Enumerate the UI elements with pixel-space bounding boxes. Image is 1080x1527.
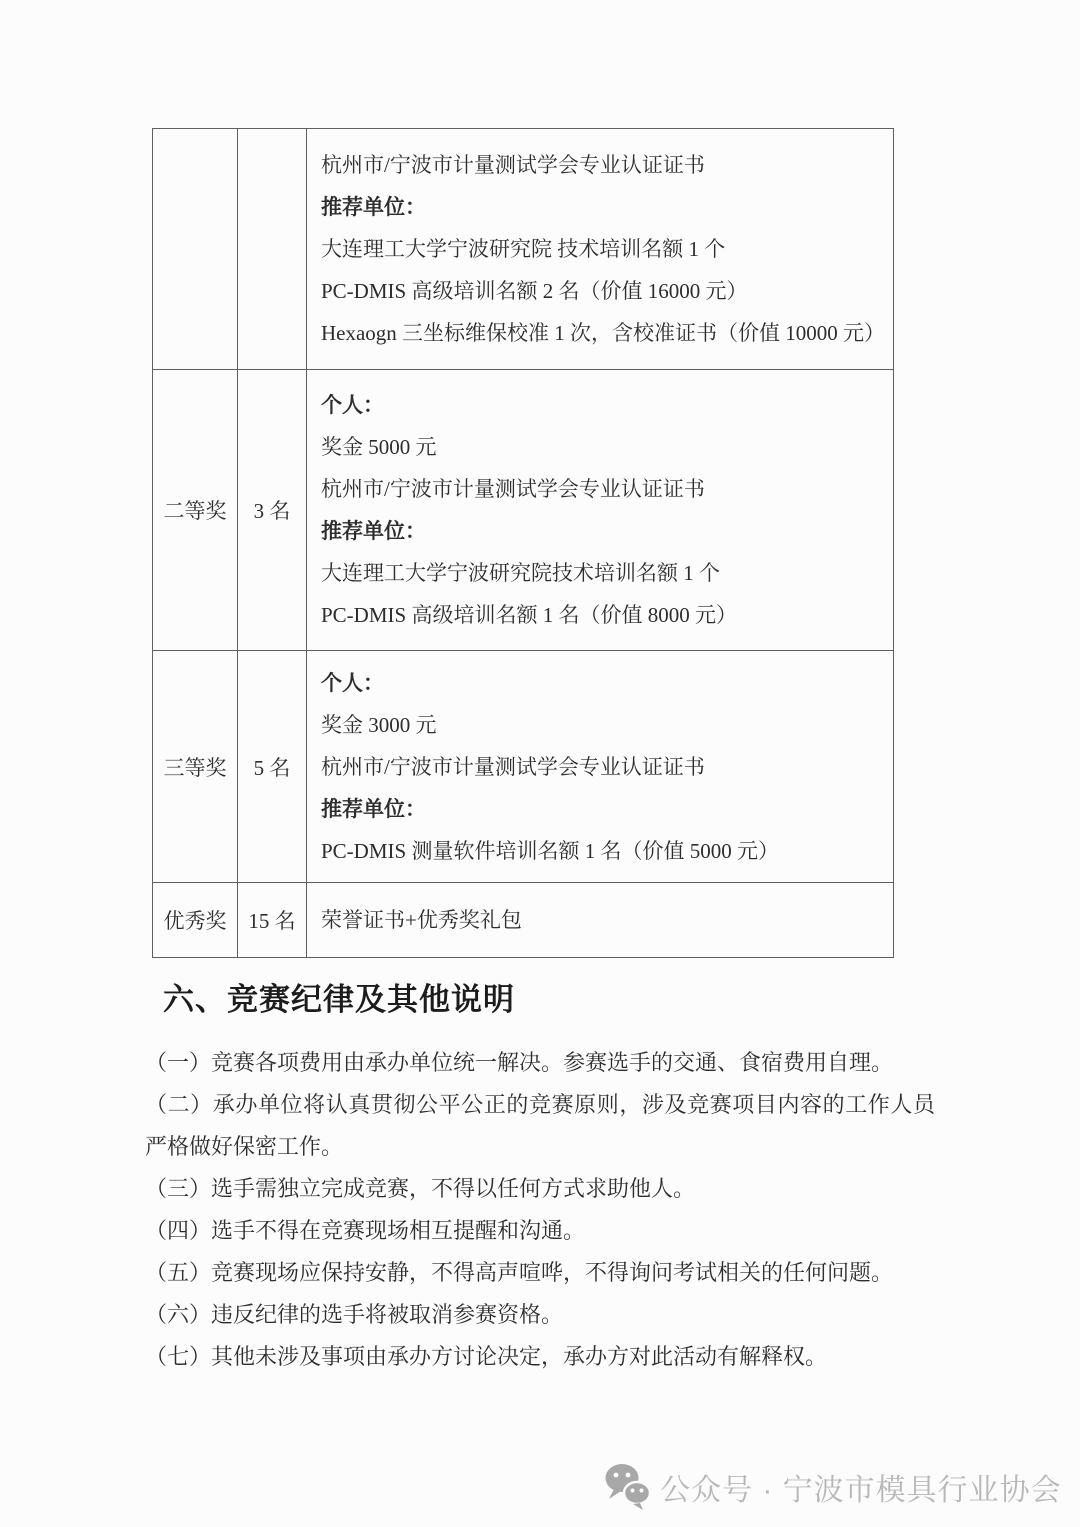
rule-item: （五）竞赛现场应保持安静，不得高声喧哗，不得询问考试相关的任何问题。	[145, 1252, 935, 1294]
document-page: 杭州市/宁波市计量测试学会专业认证证书推荐单位：大连理工大学宁波研究院 技术培训…	[0, 0, 1080, 1527]
prize-table: 杭州市/宁波市计量测试学会专业认证证书推荐单位：大连理工大学宁波研究院 技术培训…	[152, 128, 894, 958]
detail-subheading: 个人：	[321, 662, 885, 704]
detail-subheading: 推荐单位：	[321, 186, 885, 228]
wechat-logo-icon	[604, 1462, 652, 1512]
table-row: 三等奖5 名个人：奖金 3000 元杭州市/宁波市计量测试学会专业认证证书推荐单…	[153, 651, 894, 883]
detail-subheading: 个人：	[321, 384, 885, 426]
prize-name-cell: 优秀奖	[153, 883, 238, 958]
detail-line: PC-DMIS 高级培训名额 2 名（价值 16000 元）	[321, 270, 885, 312]
detail-line: 奖金 3000 元	[321, 704, 885, 746]
table-row: 杭州市/宁波市计量测试学会专业认证证书推荐单位：大连理工大学宁波研究院 技术培训…	[153, 129, 894, 370]
detail-line: PC-DMIS 高级培训名额 1 名（价值 8000 元）	[321, 594, 885, 636]
detail-line: 杭州市/宁波市计量测试学会专业认证证书	[321, 144, 885, 186]
detail-line: 荣誉证书+优秀奖礼包	[321, 899, 885, 941]
footer: 公众号 · 宁波市模具行业协会	[604, 1462, 1062, 1512]
rules-list: （一）竞赛各项费用由承办单位统一解决。参赛选手的交通、食宿费用自理。（二）承办单…	[145, 1042, 935, 1378]
prize-quota-cell: 5 名	[238, 651, 307, 883]
detail-line: 奖金 5000 元	[321, 426, 885, 468]
prize-table-body: 杭州市/宁波市计量测试学会专业认证证书推荐单位：大连理工大学宁波研究院 技术培训…	[153, 129, 894, 958]
prize-details-cell: 个人：奖金 3000 元杭州市/宁波市计量测试学会专业认证证书推荐单位：PC-D…	[307, 651, 894, 883]
prize-details-cell: 个人：奖金 5000 元杭州市/宁波市计量测试学会专业认证证书推荐单位：大连理工…	[307, 370, 894, 651]
rule-item: （六）违反纪律的选手将被取消参赛资格。	[145, 1294, 935, 1336]
detail-line: 杭州市/宁波市计量测试学会专业认证证书	[321, 746, 885, 788]
footer-label: 公众号 · 宁波市模具行业协会	[660, 1465, 1062, 1509]
prize-details-cell: 杭州市/宁波市计量测试学会专业认证证书推荐单位：大连理工大学宁波研究院 技术培训…	[307, 129, 894, 370]
table-row: 二等奖3 名个人：奖金 5000 元杭州市/宁波市计量测试学会专业认证证书推荐单…	[153, 370, 894, 651]
detail-subheading: 推荐单位：	[321, 788, 885, 830]
detail-line: Hexaogn 三坐标维保校准 1 次，含校准证书（价值 10000 元）	[321, 312, 885, 354]
detail-line: 大连理工大学宁波研究院技术培训名额 1 个	[321, 552, 885, 594]
detail-line: 大连理工大学宁波研究院 技术培训名额 1 个	[321, 228, 885, 270]
prize-name-cell: 三等奖	[153, 651, 238, 883]
prize-quota-cell	[238, 129, 307, 370]
rule-item: （七）其他未涉及事项由承办方讨论决定，承办方对此活动有解释权。	[145, 1336, 935, 1378]
prize-details-cell: 荣誉证书+优秀奖礼包	[307, 883, 894, 958]
rule-item: （四）选手不得在竞赛现场相互提醒和沟通。	[145, 1210, 935, 1252]
detail-subheading: 推荐单位：	[321, 510, 885, 552]
prize-name-cell: 二等奖	[153, 370, 238, 651]
prize-quota-cell: 3 名	[238, 370, 307, 651]
detail-line: 杭州市/宁波市计量测试学会专业认证证书	[321, 468, 885, 510]
rule-item: （二）承办单位将认真贯彻公平公正的竞赛原则，涉及竞赛项目内容的工作人员严格做好保…	[145, 1084, 935, 1168]
detail-line: PC-DMIS 测量软件培训名额 1 名（价值 5000 元）	[321, 830, 885, 872]
prize-name-cell	[153, 129, 238, 370]
rule-item: （三）选手需独立完成竞赛，不得以任何方式求助他人。	[145, 1168, 935, 1210]
table-row: 优秀奖15 名荣誉证书+优秀奖礼包	[153, 883, 894, 958]
rule-item: （一）竞赛各项费用由承办单位统一解决。参赛选手的交通、食宿费用自理。	[145, 1042, 935, 1084]
section-heading: 六、竞赛纪律及其他说明	[163, 974, 515, 1019]
prize-quota-cell: 15 名	[238, 883, 307, 958]
